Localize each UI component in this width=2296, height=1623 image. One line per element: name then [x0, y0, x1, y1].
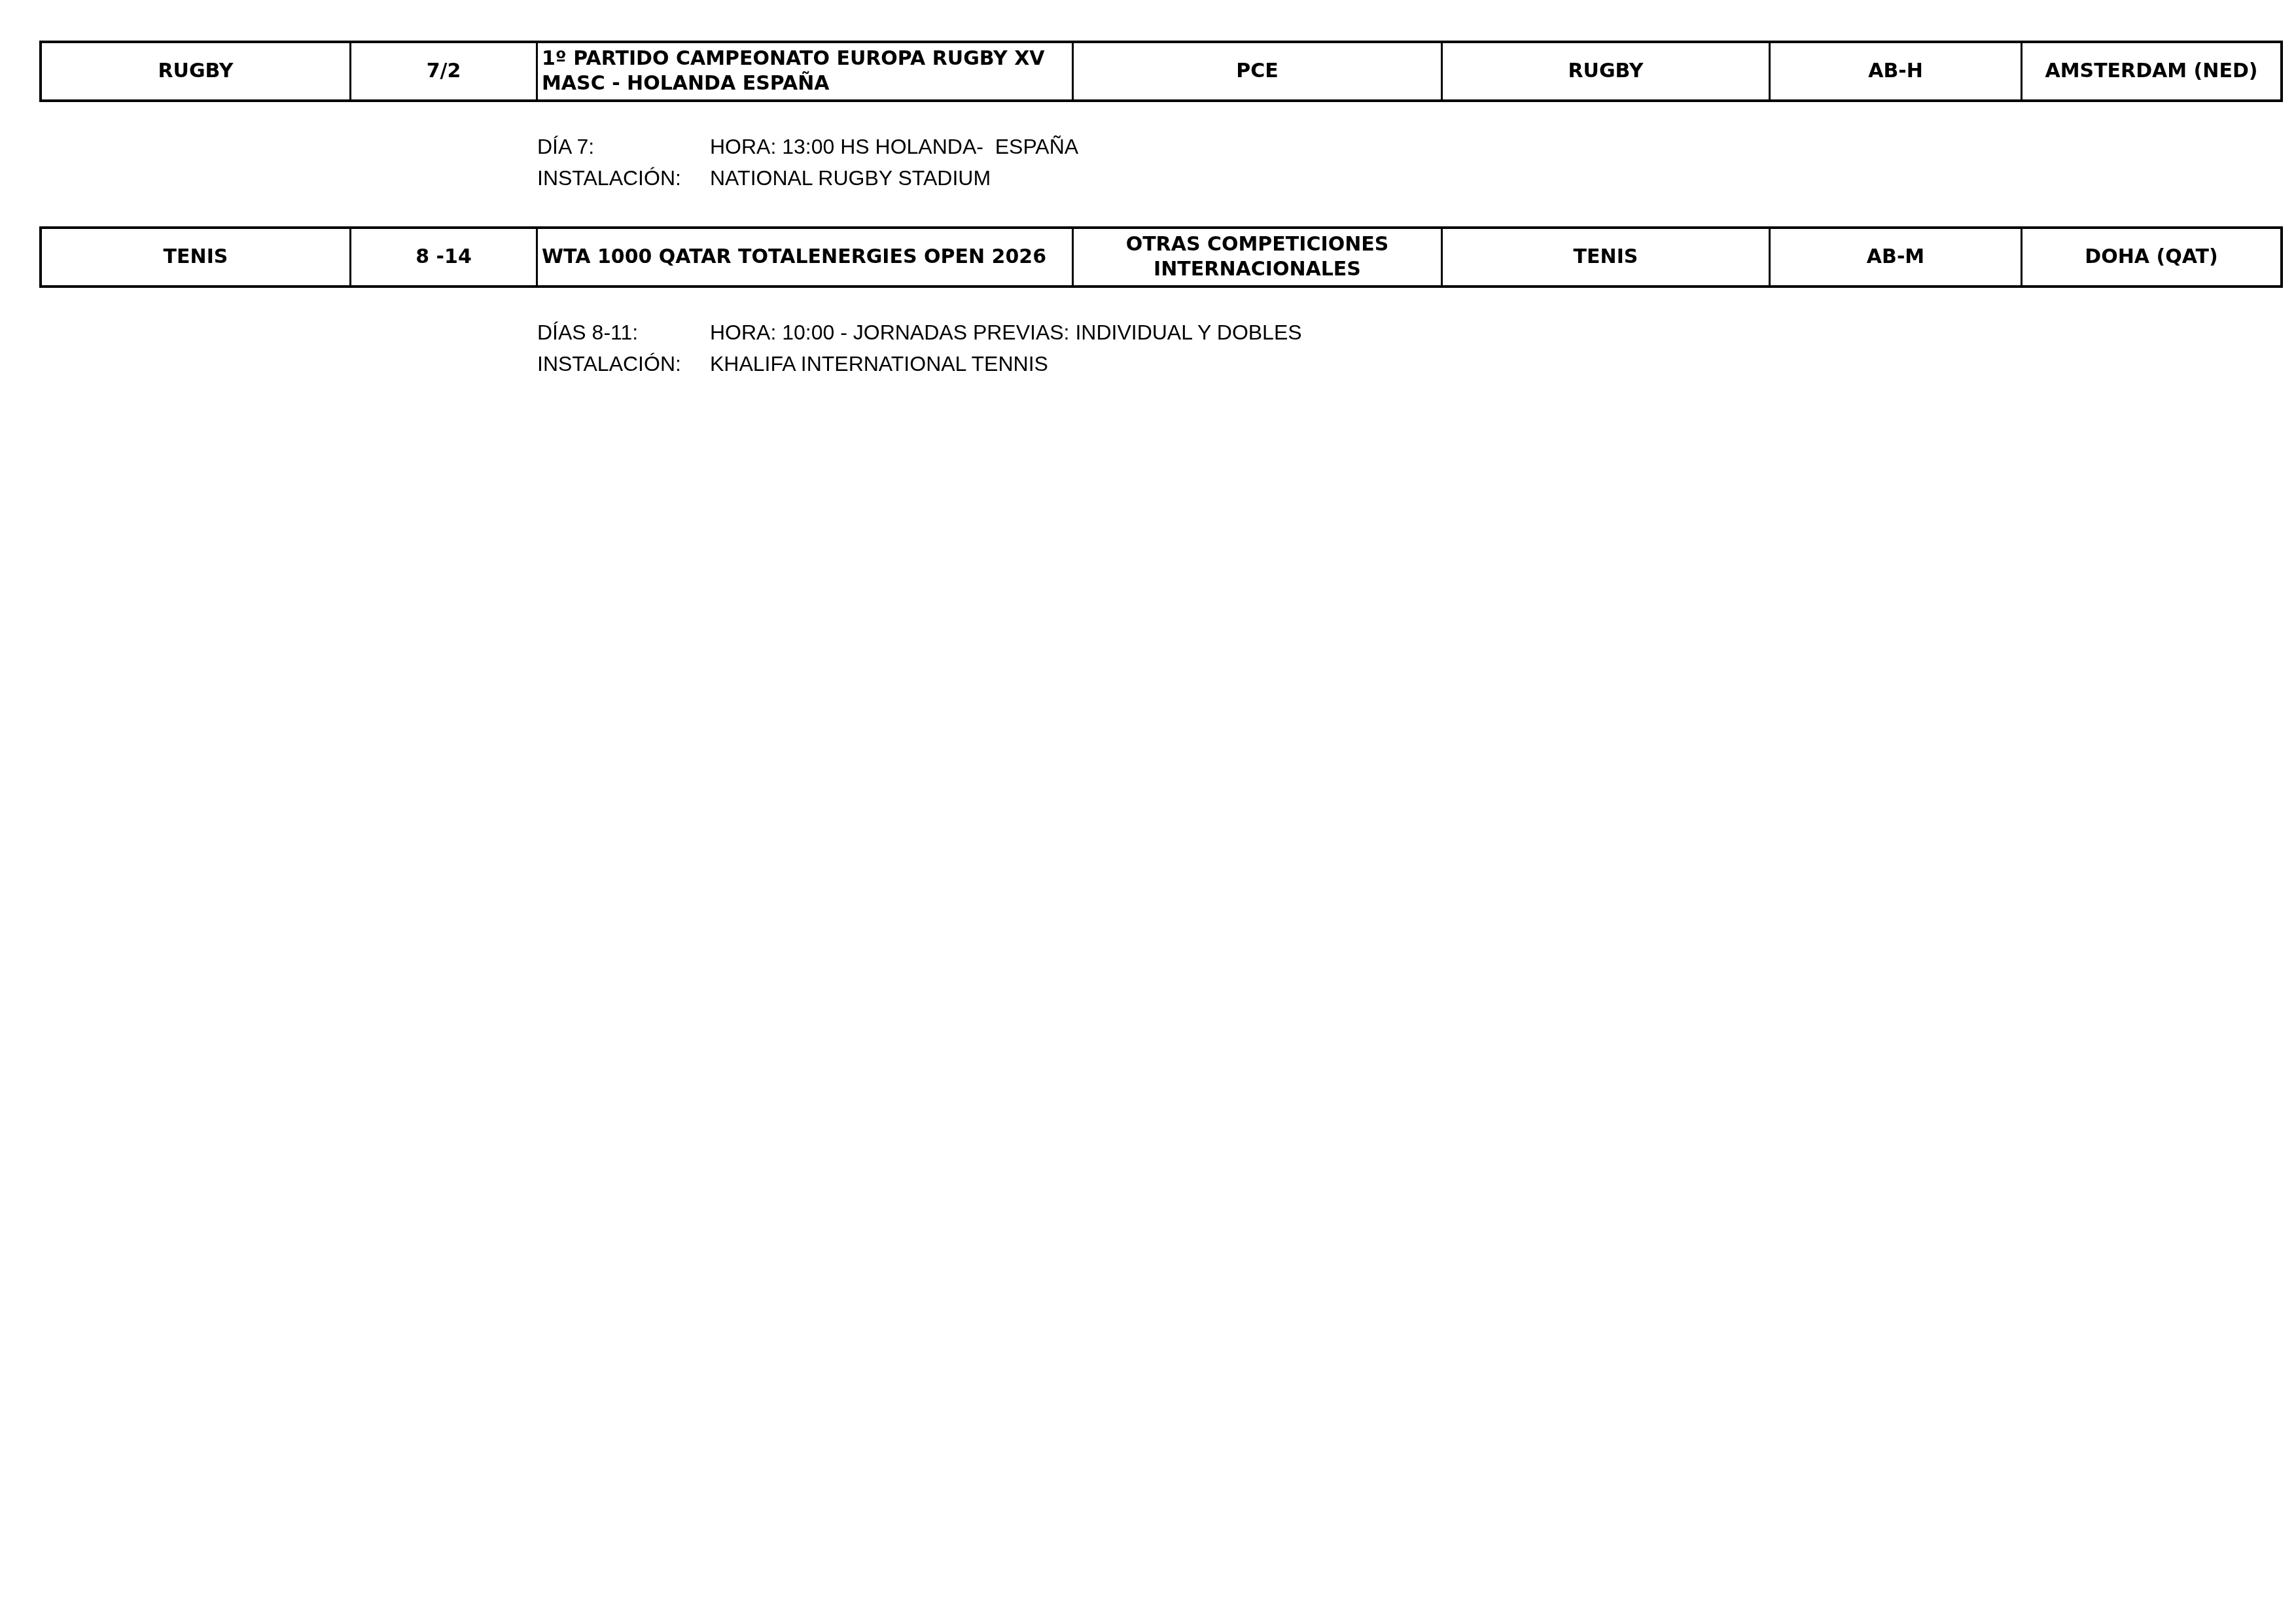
detail-label: DÍAS 8-11:: [537, 317, 710, 348]
dates-cell: 8 -14: [349, 229, 536, 285]
location-cell: AMSTERDAM (NED): [2021, 43, 2280, 99]
discipline-cell: RUGBY: [1441, 43, 1769, 99]
event-name-cell: WTA 1000 QATAR TOTALENERGIES OPEN 2026: [536, 229, 1072, 285]
detail-value: KHALIFA INTERNATIONAL TENNIS: [710, 348, 1048, 379]
detail-label: INSTALACIÓN:: [537, 162, 710, 194]
sport-cell: TENIS: [42, 229, 349, 285]
category-cell: OTRAS COMPETICIONES INTERNACIONALES: [1072, 229, 1441, 285]
detail-label: INSTALACIÓN:: [537, 348, 710, 379]
event-row-rugby: RUGBY 7/2 1º PARTIDO CAMPEONATO EUROPA R…: [39, 41, 2283, 102]
discipline-cell: TENIS: [1441, 229, 1769, 285]
category-cell: PCE: [1072, 43, 1441, 99]
detail-row-venue: INSTALACIÓN: KHALIFA INTERNATIONAL TENNI…: [537, 348, 1302, 379]
detail-value: HORA: 13:00 HS HOLANDA- ESPAÑA: [710, 131, 1078, 162]
level-cell: AB-M: [1769, 229, 2021, 285]
event-details-rugby: DÍA 7: HORA: 13:00 HS HOLANDA- ESPAÑA IN…: [537, 131, 1078, 194]
dates-cell: 7/2: [349, 43, 536, 99]
event-details-tenis: DÍAS 8-11: HORA: 10:00 - JORNADAS PREVIA…: [537, 317, 1302, 379]
sport-cell: RUGBY: [42, 43, 349, 99]
detail-row-date: DÍA 7: HORA: 13:00 HS HOLANDA- ESPAÑA: [537, 131, 1078, 162]
level-cell: AB-H: [1769, 43, 2021, 99]
detail-row-date: DÍAS 8-11: HORA: 10:00 - JORNADAS PREVIA…: [537, 317, 1302, 348]
detail-label: DÍA 7:: [537, 131, 710, 162]
detail-row-venue: INSTALACIÓN: NATIONAL RUGBY STADIUM: [537, 162, 1078, 194]
detail-value: HORA: 10:00 - JORNADAS PREVIAS: INDIVIDU…: [710, 317, 1302, 348]
event-name-cell: 1º PARTIDO CAMPEONATO EUROPA RUGBY XV MA…: [536, 43, 1072, 99]
location-cell: DOHA (QAT): [2021, 229, 2280, 285]
detail-value: NATIONAL RUGBY STADIUM: [710, 162, 991, 194]
event-row-tenis: TENIS 8 -14 WTA 1000 QATAR TOTALENERGIES…: [39, 226, 2283, 288]
